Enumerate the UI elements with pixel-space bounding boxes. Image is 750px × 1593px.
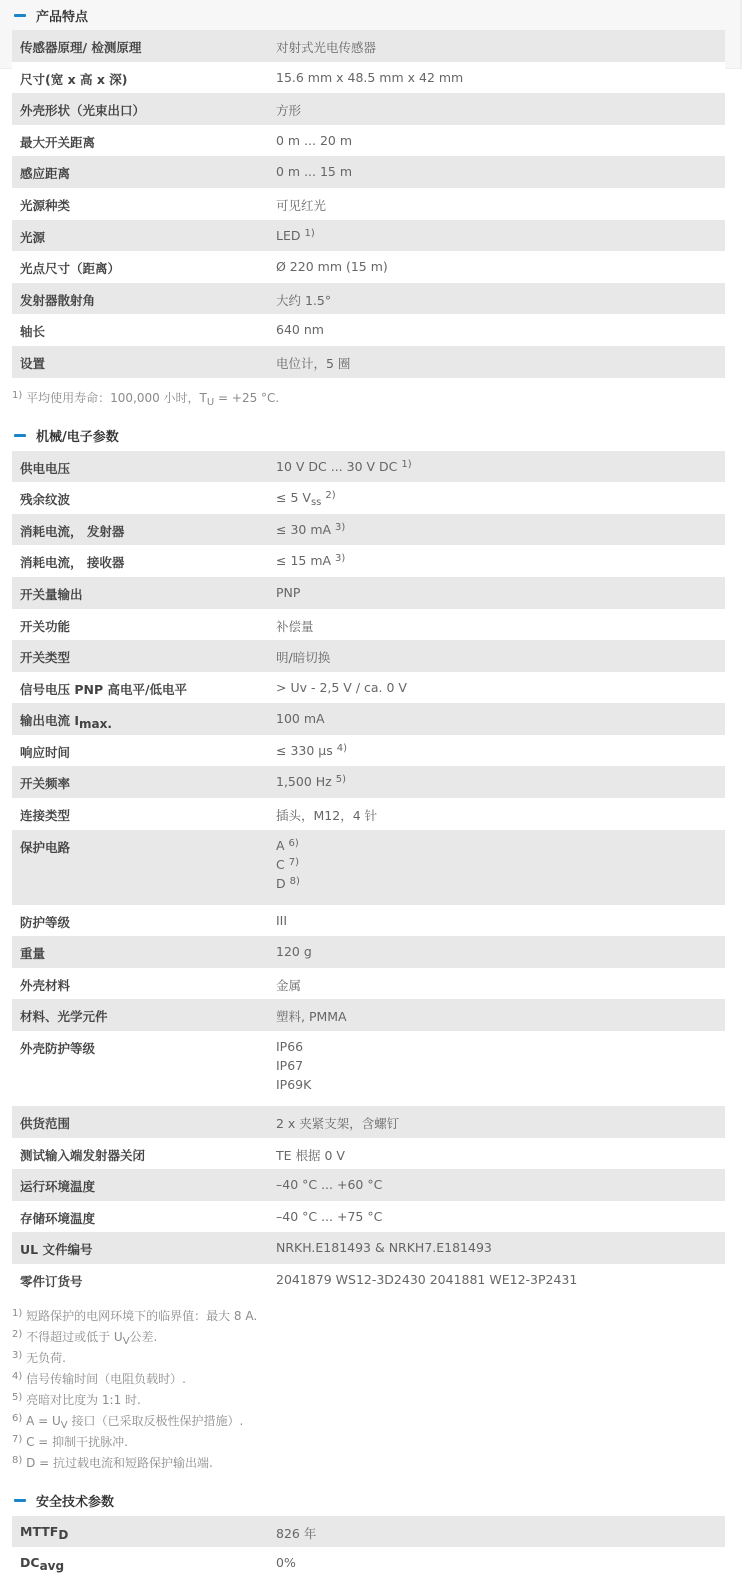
row-value: 0% — [276, 1555, 296, 1570]
table-row: 开关频率1,500 Hz 5) — [12, 766, 725, 798]
row-value-cell: 640 nm — [276, 314, 725, 346]
row-label-cell: 发射器散射角 — [12, 283, 276, 315]
row-label: 供电电压 — [20, 461, 70, 476]
row-label: 开关量输出 — [20, 587, 83, 602]
row-label: DC — [20, 1555, 40, 1570]
table-row: 开关功能补偿量 — [12, 609, 725, 641]
table-row: 防护等级III — [12, 905, 725, 937]
row-label: 光点尺寸（距离） — [20, 261, 120, 276]
row-value-cell: A 6)C 7)D 8) — [276, 830, 725, 905]
row-value: 100 mA — [276, 711, 325, 726]
table-row: 感应距离0 m ... 15 m — [12, 156, 725, 188]
row-value: ≤ 330 µs — [276, 743, 333, 758]
row-label-cell: 零件订货号 — [12, 1264, 276, 1296]
footnote-ref: 6) — [289, 838, 299, 849]
row-label: 测试输入端发射器关闭 — [20, 1148, 145, 1163]
footnote: 6) A = UV 接口（已采取反极性保护措施）. — [12, 1411, 750, 1432]
row-label-cell: 开关频率 — [12, 766, 276, 798]
table-row: 重量120 g — [12, 936, 725, 968]
row-value: 15.6 mm x 48.5 mm x 42 mm — [276, 70, 463, 85]
table-row: UL 文件编号NRKH.E181493 & NRKH7.E181493 — [12, 1232, 725, 1264]
footnote-text: 不得超过或低于 U — [26, 1330, 123, 1344]
row-value: –40 °C ... +75 °C — [276, 1209, 382, 1224]
row-value: 可见红光 — [276, 198, 326, 213]
value-line: IP67 — [276, 1058, 725, 1077]
row-label: 轴长 — [20, 324, 45, 339]
row-label: 外壳防护等级 — [20, 1041, 95, 1056]
footnote: 5) 亮暗对比度为 1:1 时. — [12, 1390, 750, 1411]
row-label: 输出电流 I — [20, 713, 79, 728]
row-label: 供货范围 — [20, 1116, 70, 1131]
footnote: 8) D = 抗过载电流和短路保护输出端. — [12, 1453, 750, 1474]
footnote-text: 亮暗对比度为 1:1 时. — [26, 1393, 141, 1407]
row-label-cell: DCavg — [12, 1547, 276, 1579]
row-value-cell: 插头，M12，4 针 — [276, 798, 725, 830]
footnote-ref: 8) — [290, 876, 300, 887]
row-value: 2041879 WS12-3D2430 2041881 WE12-3P2431 — [276, 1272, 577, 1287]
row-value-cell: IP66IP67IP69K — [276, 1031, 725, 1106]
row-value-cell: 1,500 Hz 5) — [276, 766, 725, 798]
footnote-ref: 2) — [325, 490, 335, 501]
table-row: 材料、光学元件塑料, PMMA — [12, 999, 725, 1031]
row-value: 1,500 Hz — [276, 774, 332, 789]
footnote-ref: 1) — [304, 228, 314, 239]
row-label-cell: 消耗电流， 接收器 — [12, 545, 276, 577]
row-label: 运行环境温度 — [20, 1179, 95, 1194]
row-label-cell: 外壳形状（光束出口） — [12, 93, 276, 125]
table-row: 运行环境温度–40 °C ... +60 °C — [12, 1169, 725, 1201]
footnote-number: 6) — [12, 1413, 22, 1424]
section-title: 安全技术参数 — [36, 1491, 114, 1510]
table-row: 开关量输出PNP — [12, 577, 725, 609]
footnote-number: 8) — [12, 1455, 22, 1466]
section-title: 机械/电子参数 — [36, 426, 119, 445]
row-label-cell: 传感器原理/ 检测原理 — [12, 30, 276, 62]
row-value-cell: ≤ 30 mA 3) — [276, 514, 725, 546]
row-label-cell: 设置 — [12, 346, 276, 378]
table-row: 传感器原理/ 检测原理对射式光电传感器 — [12, 30, 725, 62]
row-label: 信号电压 PNP 高电平/低电平 — [20, 682, 187, 697]
row-value-cell: 0% — [276, 1547, 725, 1579]
footnote-text-tail: = +25 °C. — [214, 391, 279, 405]
table-row: 存储环境温度–40 °C ... +75 °C — [12, 1201, 725, 1233]
row-label: 残余纹波 — [20, 492, 70, 507]
row-value-cell: ≤ 5 Vss 2) — [276, 482, 725, 514]
footnote-text: 平均使用寿命：100,000 小时，T — [26, 391, 207, 405]
spec-table-product-features: 传感器原理/ 检测原理对射式光电传感器尺寸(宽 x 高 x 深)15.6 mm … — [12, 30, 725, 378]
row-label-cell: 信号电压 PNP 高电平/低电平 — [12, 672, 276, 704]
footnote-number: 1) — [12, 1308, 22, 1319]
spec-table-mech-electrical: 供电电压10 V DC ... 30 V DC 1)残余纹波≤ 5 Vss 2)… — [12, 451, 725, 1296]
table-row: 光点尺寸（距离）Ø 220 mm (15 m) — [12, 251, 725, 283]
row-label: 设置 — [20, 356, 45, 371]
value-line: D 8) — [276, 876, 725, 895]
row-label-cell: 轴长 — [12, 314, 276, 346]
row-label: 光源 — [20, 230, 45, 245]
row-label-cell: 防护等级 — [12, 905, 276, 937]
row-value-cell: 0 m ... 20 m — [276, 125, 725, 157]
footnote-text-tail: 公差. — [130, 1330, 158, 1344]
table-row: 光源LED 1) — [12, 220, 725, 252]
footnote-subscript: V — [123, 1336, 130, 1347]
footnote-text: 短路保护的电网环境下的临界值：最大 8 A. — [26, 1309, 257, 1323]
table-row: 轴长640 nm — [12, 314, 725, 346]
table-row: MTTFD826 年 — [12, 1516, 725, 1548]
row-value-cell: PNP — [276, 577, 725, 609]
row-value: 2 x 夹紧支架，含螺钉 — [276, 1116, 399, 1131]
row-value: Ø 220 mm (15 m) — [276, 259, 388, 274]
row-label-cell: 光点尺寸（距离） — [12, 251, 276, 283]
row-value: 方形 — [276, 103, 301, 118]
row-value: LED — [276, 228, 301, 243]
footnote-text: D = 抗过载电流和短路保护输出端. — [26, 1456, 213, 1470]
footnote-ref: 3) — [335, 522, 345, 533]
row-label: 开关类型 — [20, 650, 70, 665]
row-label-cell: MTTFD — [12, 1516, 276, 1548]
row-value: A — [276, 838, 285, 853]
row-value-cell: 826 年 — [276, 1516, 725, 1548]
row-label-cell: 外壳材料 — [12, 968, 276, 1000]
row-label: 感应距离 — [20, 166, 70, 181]
row-value-cell: 2041879 WS12-3D2430 2041881 WE12-3P2431 — [276, 1264, 725, 1296]
row-value: > Uv - 2,5 V / ca. 0 V — [276, 680, 407, 695]
row-value: 塑料, PMMA — [276, 1009, 347, 1024]
row-value: ≤ 30 mA — [276, 522, 331, 537]
row-value-cell: LED 1) — [276, 220, 725, 252]
row-value-cell: 塑料, PMMA — [276, 999, 725, 1031]
footnote-subscript: V — [61, 1420, 68, 1431]
row-label-cell: 重量 — [12, 936, 276, 968]
row-label-cell: 开关功能 — [12, 609, 276, 641]
table-row: 保护电路A 6)C 7)D 8) — [12, 830, 725, 905]
row-value-cell: 金属 — [276, 968, 725, 1000]
footnote-text: A = U — [26, 1414, 61, 1428]
footnotes-mech-electrical: 1) 短路保护的电网环境下的临界值：最大 8 A.2) 不得超过或低于 UV公差… — [0, 1306, 750, 1474]
row-value: IP66 — [276, 1039, 303, 1054]
row-value: 对射式光电传感器 — [276, 40, 376, 55]
row-value: ≤ 5 V — [276, 490, 311, 505]
row-label: 保护电路 — [20, 840, 70, 855]
row-value: 0 m ... 15 m — [276, 164, 352, 179]
table-row: 供货范围2 x 夹紧支架，含螺钉 — [12, 1106, 725, 1138]
row-value: –40 °C ... +60 °C — [276, 1177, 382, 1192]
footnote-text-tail: 接口（已采取反极性保护措施）. — [68, 1414, 244, 1428]
row-value: NRKH.E181493 & NRKH7.E181493 — [276, 1240, 492, 1255]
value-line: IP69K — [276, 1077, 725, 1096]
row-value-cell: 大约 1.5° — [276, 283, 725, 315]
row-label: 存储环境温度 — [20, 1211, 95, 1226]
table-row: 消耗电流， 接收器≤ 15 mA 3) — [12, 545, 725, 577]
row-label-cell: 尺寸(宽 x 高 x 深) — [12, 62, 276, 94]
section-header-product-features[interactable]: 产品特点 — [0, 0, 750, 30]
section-title: 产品特点 — [36, 6, 88, 25]
row-value-cell: 100 mA — [276, 703, 725, 735]
footnote: 1) 短路保护的电网环境下的临界值：最大 8 A. — [12, 1306, 750, 1327]
row-label: 开关功能 — [20, 619, 70, 634]
footnote-text: C = 抑制干扰脉冲. — [26, 1435, 128, 1449]
row-value: 电位计，5 圈 — [276, 356, 350, 371]
footnote-number: 5) — [12, 1392, 22, 1403]
row-value: 金属 — [276, 978, 301, 993]
row-label-cell: 消耗电流， 发射器 — [12, 514, 276, 546]
row-label-cell: 开关类型 — [12, 640, 276, 672]
row-label: 零件订货号 — [20, 1274, 83, 1289]
row-label-cell: 外壳防护等级 — [12, 1031, 276, 1106]
footnote: 4) 信号传输时间（电阻负载时）. — [12, 1369, 750, 1390]
table-row: 输出电流 Imax.100 mA — [12, 703, 725, 735]
spec-table-safety: MTTFD826 年DCavg0% — [12, 1516, 725, 1579]
row-label-cell: 最大开关距离 — [12, 125, 276, 157]
row-label: 开关频率 — [20, 776, 70, 791]
row-value: ≤ 15 mA — [276, 553, 331, 568]
footnote: 7) C = 抑制干扰脉冲. — [12, 1432, 750, 1453]
collapse-minus-icon[interactable] — [14, 1499, 26, 1502]
row-value-cell: Ø 220 mm (15 m) — [276, 251, 725, 283]
collapse-minus-icon[interactable] — [14, 434, 26, 437]
row-value-cell: III — [276, 905, 725, 937]
row-value-cell: 电位计，5 圈 — [276, 346, 725, 378]
row-value: IP67 — [276, 1058, 303, 1073]
table-row: 信号电压 PNP 高电平/低电平> Uv - 2,5 V / ca. 0 V — [12, 672, 725, 704]
row-label: 消耗电流， 接收器 — [20, 555, 124, 570]
footnote-text: 信号传输时间（电阻负载时）. — [26, 1372, 186, 1386]
table-row: DCavg0% — [12, 1547, 725, 1579]
section-header-mech-electrical[interactable]: 机械/电子参数 — [0, 421, 750, 451]
row-value-cell: –40 °C ... +60 °C — [276, 1169, 725, 1201]
table-row: 测试输入端发射器关闭TE 根据 0 V — [12, 1138, 725, 1170]
row-value-cell: > Uv - 2,5 V / ca. 0 V — [276, 672, 725, 704]
row-label: 响应时间 — [20, 745, 70, 760]
table-row: 响应时间≤ 330 µs 4) — [12, 735, 725, 767]
row-value-cell: 15.6 mm x 48.5 mm x 42 mm — [276, 62, 725, 94]
footnote-number: 2) — [12, 1329, 22, 1340]
row-label-cell: 材料、光学元件 — [12, 999, 276, 1031]
table-row: 开关类型明/暗切换 — [12, 640, 725, 672]
row-label-cell: 残余纹波 — [12, 482, 276, 514]
row-value-cell: NRKH.E181493 & NRKH7.E181493 — [276, 1232, 725, 1264]
row-value-cell: 2 x 夹紧支架，含螺钉 — [276, 1106, 725, 1138]
row-value-cell: 方形 — [276, 93, 725, 125]
row-value: 大约 1.5° — [276, 293, 331, 308]
row-label: 重量 — [20, 946, 45, 961]
row-label: 传感器原理/ 检测原理 — [20, 40, 141, 55]
row-value-cell: 补偿量 — [276, 609, 725, 641]
row-label-cell: 光源种类 — [12, 188, 276, 220]
table-row: 设置电位计，5 圈 — [12, 346, 725, 378]
row-label-cell: 光源 — [12, 220, 276, 252]
row-label-subscript: max. — [79, 717, 112, 731]
row-label-cell: 存储环境温度 — [12, 1201, 276, 1233]
row-value-cell: 120 g — [276, 936, 725, 968]
row-value-cell: 对射式光电传感器 — [276, 30, 725, 62]
row-label-subscript: avg — [40, 1559, 65, 1573]
row-label-cell: 感应距离 — [12, 156, 276, 188]
table-row: 外壳防护等级IP66IP67IP69K — [12, 1031, 725, 1106]
row-label-cell: 测试输入端发射器关闭 — [12, 1138, 276, 1170]
footnote: 2) 不得超过或低于 UV公差. — [12, 1327, 750, 1348]
table-row: 尺寸(宽 x 高 x 深)15.6 mm x 48.5 mm x 42 mm — [12, 62, 725, 94]
value-line: A 6) — [276, 838, 725, 857]
footnotes-product-features: 1) 平均使用寿命：100,000 小时，TU = +25 °C. — [0, 388, 750, 409]
row-label: 连接类型 — [20, 808, 70, 823]
collapse-minus-icon[interactable] — [14, 14, 26, 17]
footnote-number: 7) — [12, 1434, 22, 1445]
row-label-cell: 供货范围 — [12, 1106, 276, 1138]
footnote-ref: 7) — [289, 857, 299, 868]
table-row: 消耗电流， 发射器≤ 30 mA 3) — [12, 514, 725, 546]
table-row: 外壳材料金属 — [12, 968, 725, 1000]
row-value: 插头，M12，4 针 — [276, 808, 377, 823]
row-label-subscript: D — [58, 1528, 68, 1542]
row-label: 材料、光学元件 — [20, 1009, 108, 1024]
row-value-cell: 0 m ... 15 m — [276, 156, 725, 188]
table-row: 零件订货号2041879 WS12-3D2430 2041881 WE12-3P… — [12, 1264, 725, 1296]
row-value-cell: 10 V DC ... 30 V DC 1) — [276, 451, 725, 483]
spec-page: 产品特点传感器原理/ 检测原理对射式光电传感器尺寸(宽 x 高 x 深)15.6… — [0, 0, 750, 1579]
footnote-text: 无负荷. — [26, 1351, 66, 1365]
row-label: 外壳形状（光束出口） — [20, 103, 145, 118]
row-label-cell: 连接类型 — [12, 798, 276, 830]
row-label: 外壳材料 — [20, 978, 70, 993]
footnote-number: 3) — [12, 1350, 22, 1361]
row-value: TE 根据 0 V — [276, 1148, 345, 1163]
row-label: 消耗电流， 发射器 — [20, 524, 124, 539]
row-value: 明/暗切换 — [276, 650, 330, 665]
row-label-cell: 保护电路 — [12, 830, 276, 905]
table-row: 最大开关距离0 m ... 20 m — [12, 125, 725, 157]
footnote-ref: 5) — [336, 774, 346, 785]
table-row: 发射器散射角大约 1.5° — [12, 283, 725, 315]
row-label-cell: 运行环境温度 — [12, 1169, 276, 1201]
row-value-cell: TE 根据 0 V — [276, 1138, 725, 1170]
row-value: 0 m ... 20 m — [276, 133, 352, 148]
row-label: 防护等级 — [20, 915, 70, 930]
row-value: D — [276, 876, 286, 891]
footnote-ref: 1) — [401, 459, 411, 470]
row-value-cell: –40 °C ... +75 °C — [276, 1201, 725, 1233]
row-value-cell: 明/暗切换 — [276, 640, 725, 672]
row-value-cell: ≤ 330 µs 4) — [276, 735, 725, 767]
footnote-ref: 3) — [335, 553, 345, 564]
row-label-cell: 供电电压 — [12, 451, 276, 483]
footnote: 1) 平均使用寿命：100,000 小时，TU = +25 °C. — [12, 388, 750, 409]
row-label: 光源种类 — [20, 198, 70, 213]
row-label: UL 文件编号 — [20, 1242, 92, 1257]
value-line: C 7) — [276, 857, 725, 876]
footnote: 3) 无负荷. — [12, 1348, 750, 1369]
table-row: 连接类型插头，M12，4 针 — [12, 798, 725, 830]
footnote-number: 4) — [12, 1371, 22, 1382]
table-row: 供电电压10 V DC ... 30 V DC 1) — [12, 451, 725, 483]
value-line: IP66 — [276, 1039, 725, 1058]
row-value: C — [276, 857, 285, 872]
footnote-ref: 4) — [337, 743, 347, 754]
row-label: 发射器散射角 — [20, 293, 95, 308]
footnote-number: 1) — [12, 390, 22, 401]
row-value-cell: 可见红光 — [276, 188, 725, 220]
row-label-cell: 输出电流 Imax. — [12, 703, 276, 735]
table-row: 光源种类可见红光 — [12, 188, 725, 220]
table-row: 外壳形状（光束出口）方形 — [12, 93, 725, 125]
row-value: 10 V DC ... 30 V DC — [276, 459, 397, 474]
row-value: 826 年 — [276, 1526, 316, 1541]
row-value-cell: ≤ 15 mA 3) — [276, 545, 725, 577]
row-value: PNP — [276, 585, 300, 600]
section-header-safety[interactable]: 安全技术参数 — [0, 1486, 750, 1516]
row-label: 最大开关距离 — [20, 135, 95, 150]
row-label-cell: 响应时间 — [12, 735, 276, 767]
row-value: 640 nm — [276, 322, 324, 337]
row-label-cell: 开关量输出 — [12, 577, 276, 609]
row-label-cell: UL 文件编号 — [12, 1232, 276, 1264]
row-label: 尺寸(宽 x 高 x 深) — [20, 72, 127, 87]
row-value: IP69K — [276, 1077, 311, 1092]
row-value: 120 g — [276, 944, 312, 959]
table-row: 残余纹波≤ 5 Vss 2) — [12, 482, 725, 514]
row-value-subscript: ss — [311, 497, 321, 508]
row-label: MTTF — [20, 1524, 58, 1539]
row-value: 补偿量 — [276, 619, 314, 634]
row-value: III — [276, 913, 287, 928]
